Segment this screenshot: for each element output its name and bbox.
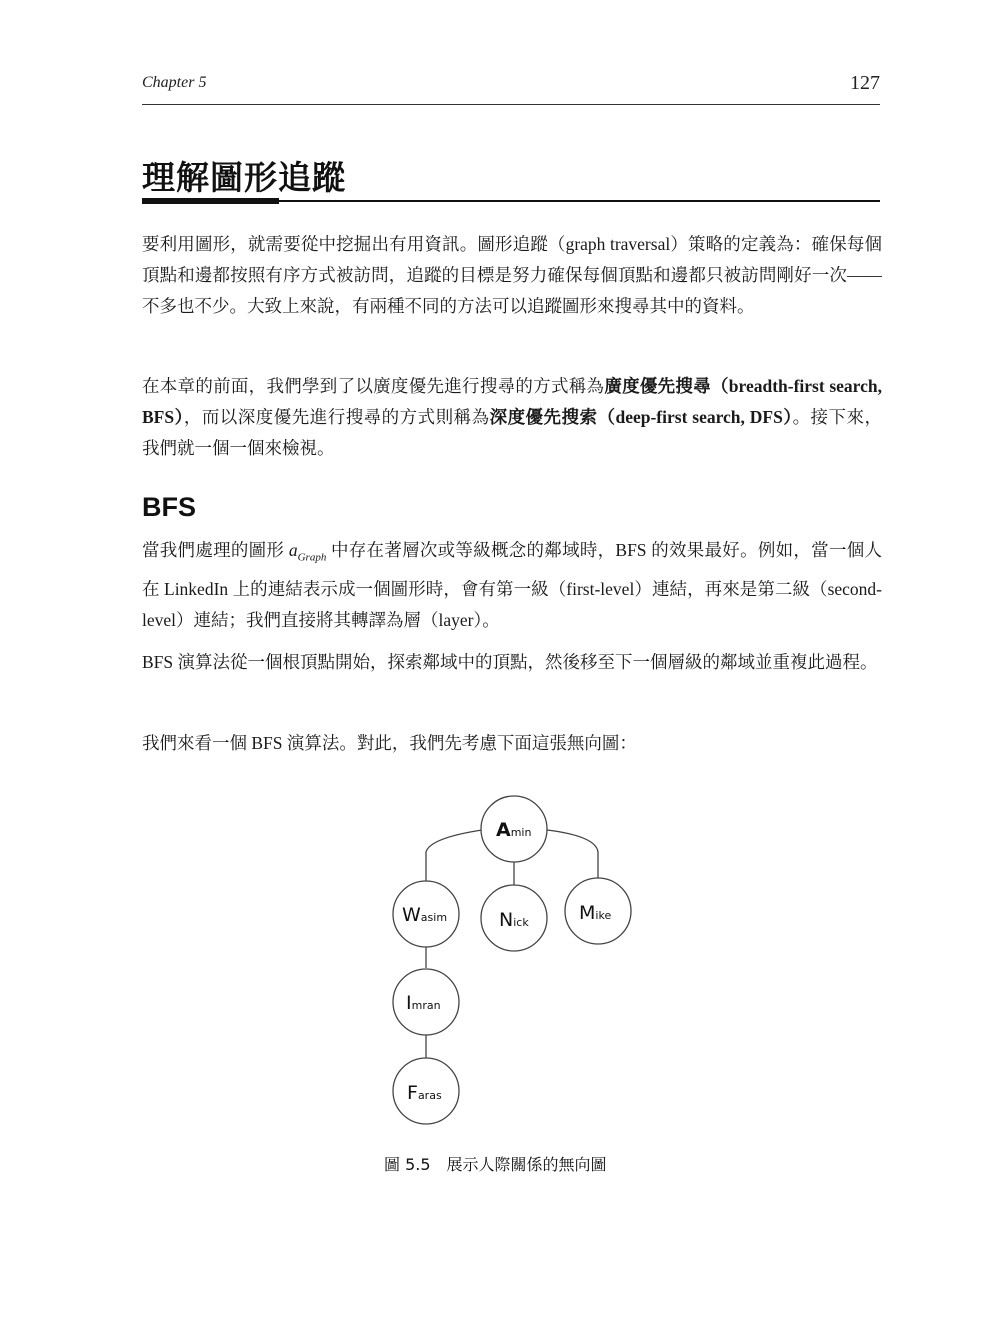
title-divider-accent [142,198,279,204]
intro-paragraph: 要利用圖形，就需要從中挖掘出有用資訊。圖形追蹤（graph traversal）… [142,229,882,322]
edge-amin-wasim [426,830,482,882]
page-header: Chapter 5 127 [142,72,880,104]
text-run: ，而以深度優先進行搜尋的方式則稱為 [184,407,490,427]
dfs-term: 深度優先搜索（deep-first search, DFS） [490,407,793,427]
graph-diagram: Amin Wasim Nick Mike Imran Faras [380,780,660,1140]
text-run: 當我們處理的圖形 [142,540,289,560]
bfs-paragraph-3: 我們來看一個 BFS 演算法。對此，我們先考慮下面這張無向圖： [142,728,882,759]
bfs-paragraph-1: 當我們處理的圖形 aGraph 中存在著層次或等級概念的鄰域時，BFS 的效果最… [142,535,882,636]
page-number: 127 [850,72,880,95]
section-heading-bfs: BFS [142,492,196,523]
math-agraph: aGraph [289,540,326,560]
figure-caption: 圖 5.5 展示人際關係的無向圖 [384,1152,607,1175]
math-subscript: Graph [298,552,327,564]
bfs-dfs-paragraph: 在本章的前面，我們學到了以廣度優先進行搜尋的方式稱為廣度優先搜尋（breadth… [142,371,882,464]
edge-amin-mike [547,830,598,878]
text-run: 在本章的前面，我們學到了以廣度優先進行搜尋的方式稱為 [142,376,604,396]
undirected-graph-figure: Amin Wasim Nick Mike Imran Faras [380,780,660,1140]
bfs-paragraph-2: BFS 演算法從一個根頂點開始，探索鄰域中的頂點，然後移至下一個層級的鄰域並重複… [142,647,882,678]
chapter-title: 理解圖形追蹤 [142,152,346,199]
header-divider [142,104,880,105]
math-base: a [289,540,298,560]
running-head: Chapter 5 [142,74,206,92]
